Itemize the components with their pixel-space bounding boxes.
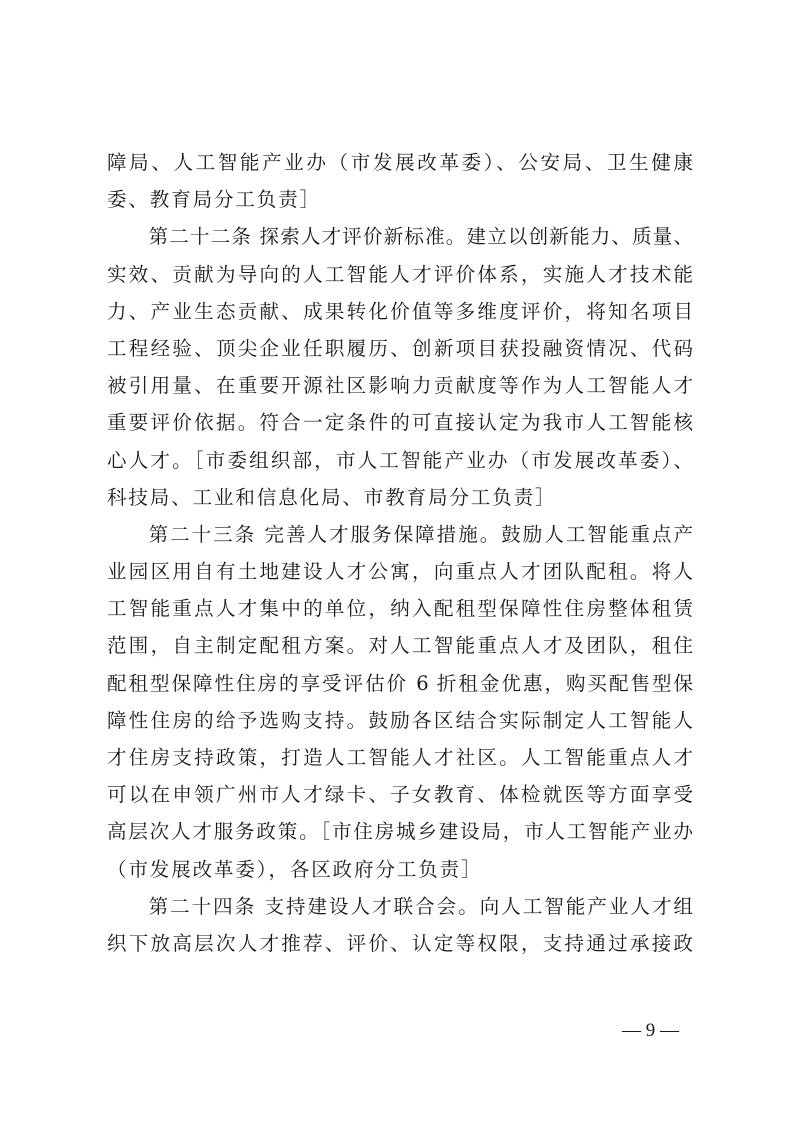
text-line: 配租型保障性住房的享受评估价 6 折租金优惠，购买配售型保 xyxy=(107,665,693,702)
text-line: 高层次人才服务政策。［市住房城乡建设局，市人工智能产业办 xyxy=(107,813,693,850)
text-line: 科技局、工业和信息化局、市教育局分工负责］ xyxy=(107,479,693,516)
document-body: 障局、人工智能产业办（市发展改革委）、公安局、卫生健康 委、教育局分工负责］ 第… xyxy=(107,144,693,962)
text-line: 被引用量、在重要开源社区影响力贡献度等作为人工智能人才 xyxy=(107,367,693,404)
text-line: 织下放高层次人才推荐、评价、认定等权限，支持通过承接政 xyxy=(107,925,693,962)
text-line: 才住房支持政策，打造人工智能人才社区。人工智能重点人才 xyxy=(107,739,693,776)
text-line: 可以在申领广州市人才绿卡、子女教育、体检就医等方面享受 xyxy=(107,776,693,813)
article-23-heading-line: 第二十三条 完善人才服务保障措施。鼓励人工智能重点产 xyxy=(107,516,693,553)
text-line: 障局、人工智能产业办（市发展改革委）、公安局、卫生健康 xyxy=(107,144,693,181)
document-page: 障局、人工智能产业办（市发展改革委）、公安局、卫生健康 委、教育局分工负责］ 第… xyxy=(0,0,793,1122)
text-line: 工智能重点人才集中的单位，纳入配租型保障性住房整体租赁 xyxy=(107,590,693,627)
text-line: 重要评价依据。符合一定条件的可直接认定为我市人工智能核 xyxy=(107,404,693,441)
text-line: 委、教育局分工负责］ xyxy=(107,181,693,218)
page-number: — 9 — xyxy=(622,1020,702,1042)
text-line: （市发展改革委），各区政府分工负责］ xyxy=(107,851,693,888)
text-line: 障性住房的给予选购支持。鼓励各区结合实际制定人工智能人 xyxy=(107,702,693,739)
text-line: 业园区用自有土地建设人才公寓，向重点人才团队配租。将人 xyxy=(107,553,693,590)
text-line: 范围，自主制定配租方案。对人工智能重点人才及团队，租住 xyxy=(107,627,693,664)
article-24-heading-line: 第二十四条 支持建设人才联合会。向人工智能产业人才组 xyxy=(107,888,693,925)
article-22-heading-line: 第二十二条 探索人才评价新标准。建立以创新能力、质量、 xyxy=(107,218,693,255)
text-line: 实效、贡献为导向的人工智能人才评价体系，实施人才技术能 xyxy=(107,256,693,293)
text-line: 力、产业生态贡献、成果转化价值等多维度评价，将知名项目 xyxy=(107,293,693,330)
text-line: 工程经验、顶尖企业任职履历、创新项目获投融资情况、代码 xyxy=(107,330,693,367)
text-line: 心人才。［市委组织部，市人工智能产业办（市发展改革委）、 xyxy=(107,442,693,479)
